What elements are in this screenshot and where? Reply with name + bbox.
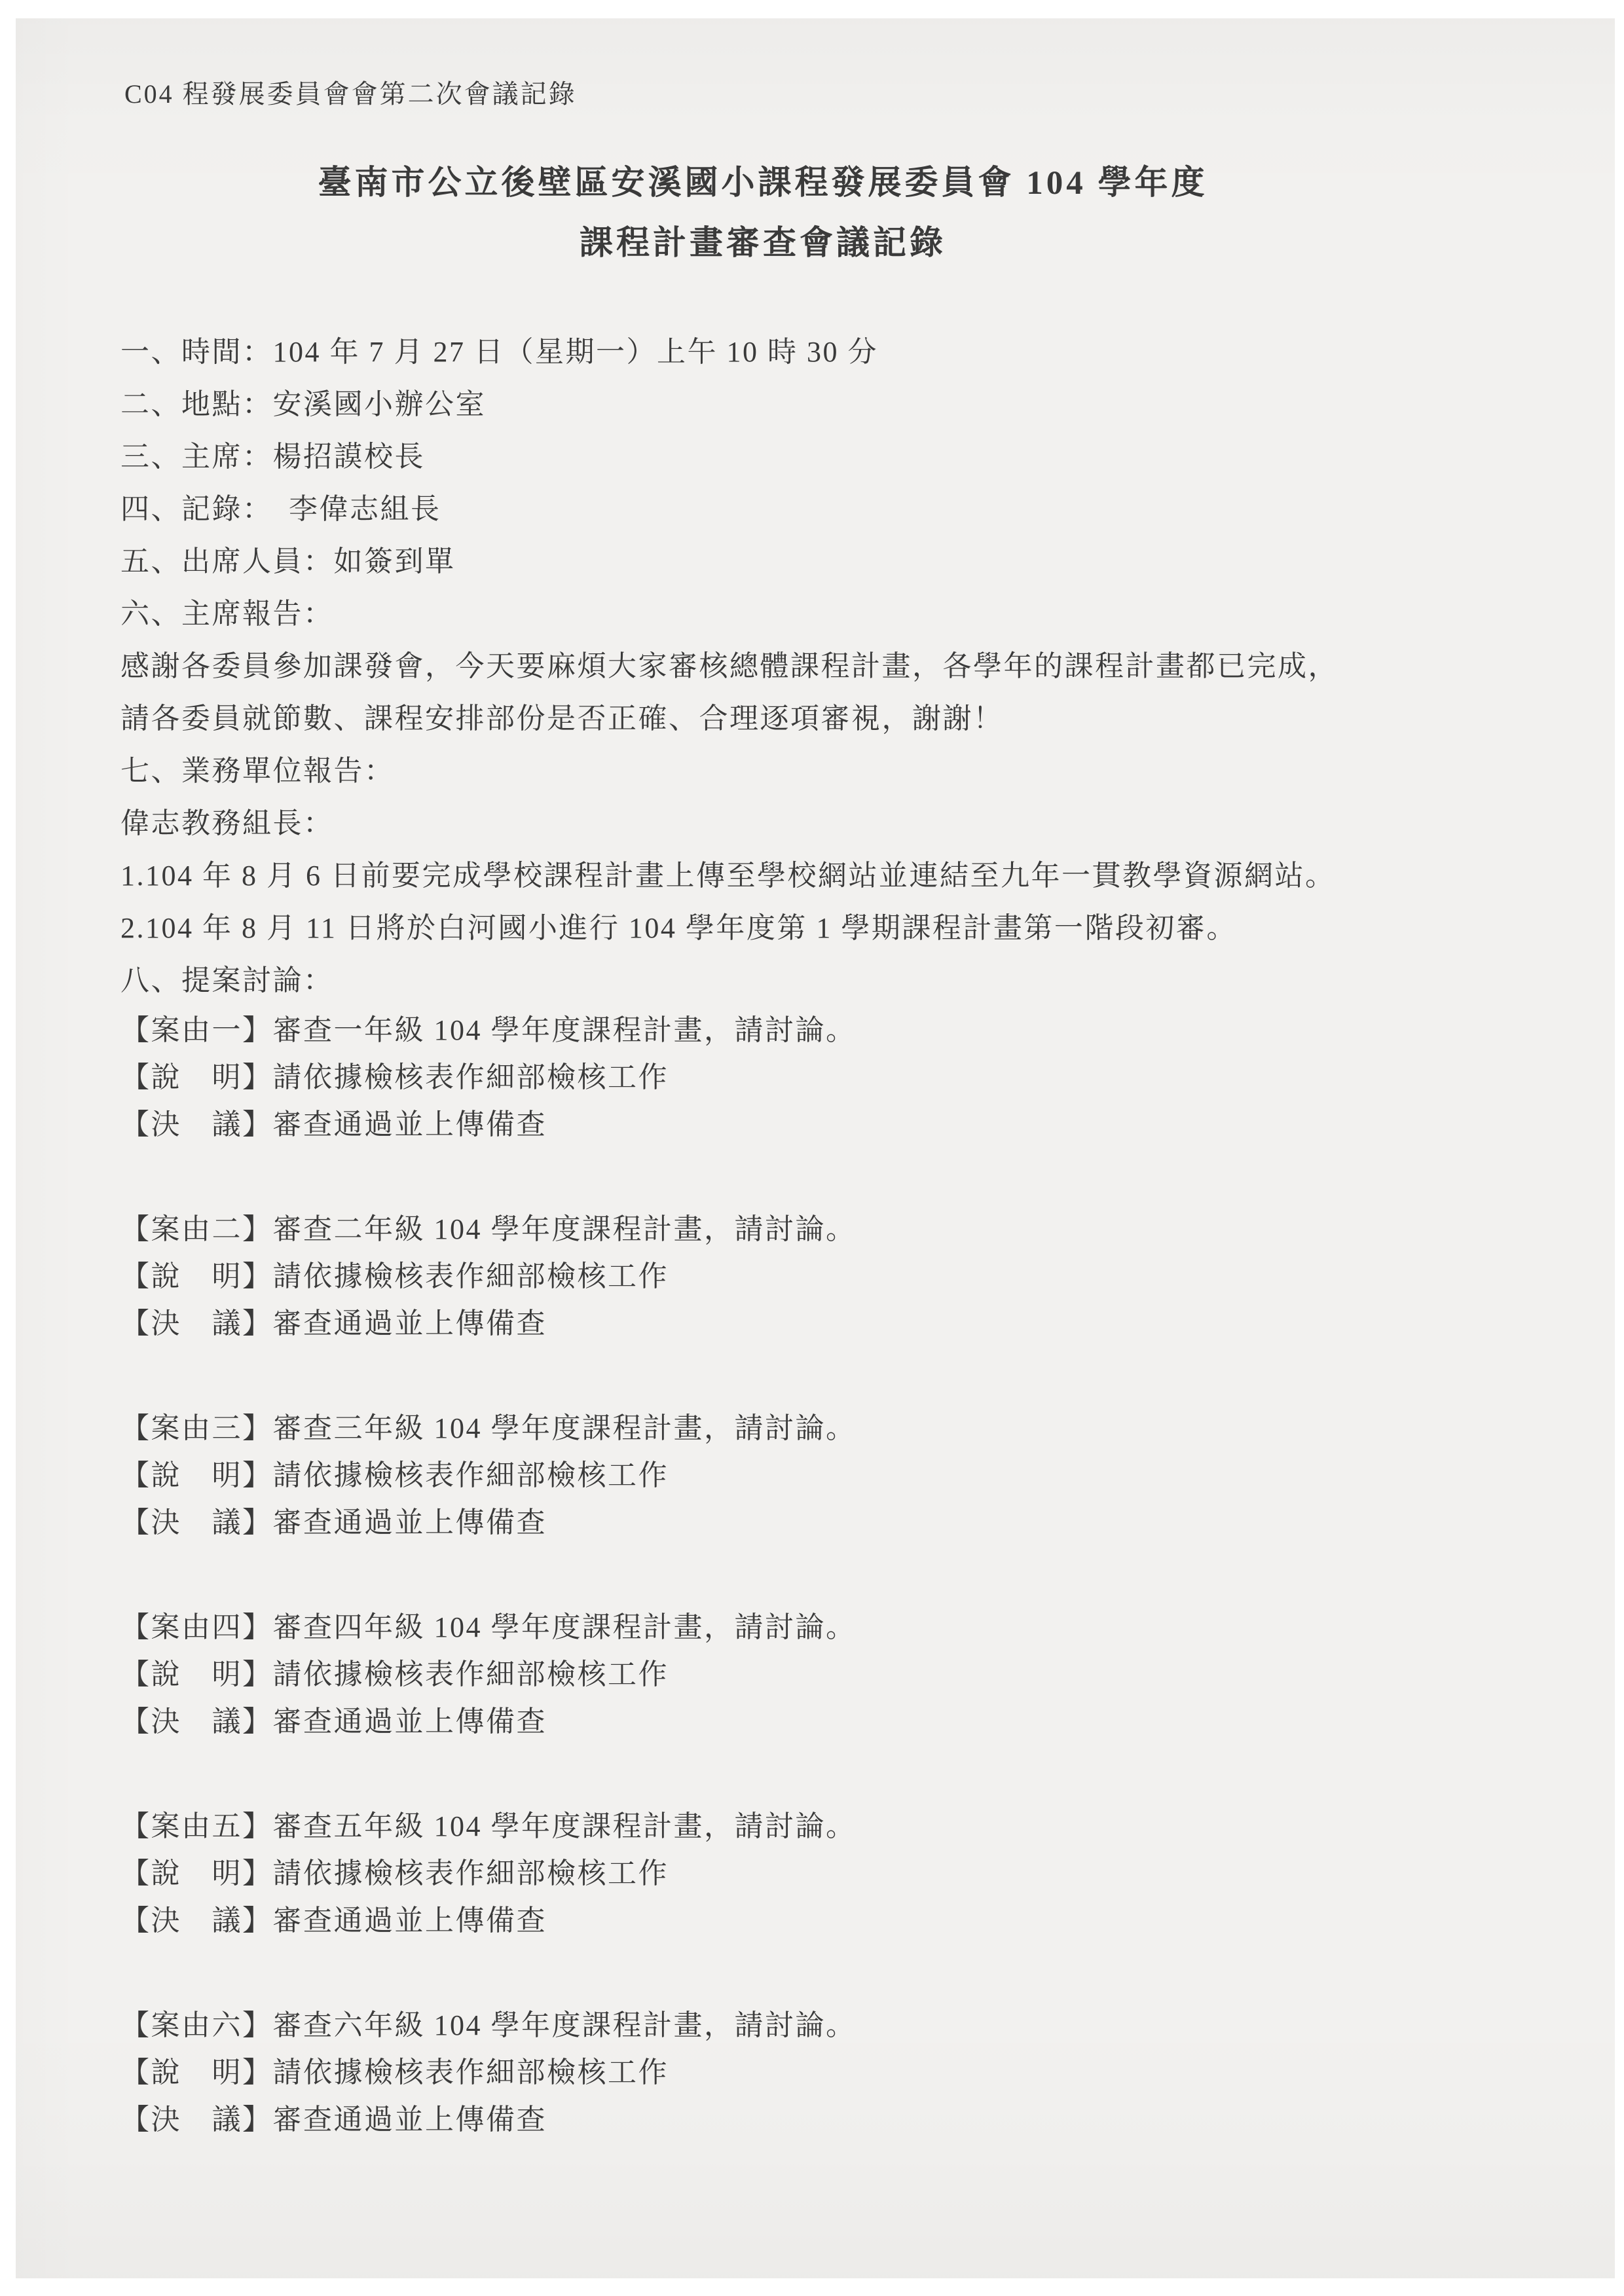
section-proposals-heading: 八、提案討論： — [120, 955, 1615, 1007]
case-proposal: 【案由四】審查四年級 104 學年度課程計畫，請討論。 — [120, 1604, 1615, 1651]
case-explanation: 【說 明】請依據檢核表作細部檢核工作 — [120, 1253, 1615, 1300]
document-title: 臺南市公立後壁區安溪國小課程發展委員會 104 學年度 課程計畫審查會議記錄 — [16, 153, 1615, 274]
meta-place: 二、地點：安溪國小辦公室 — [120, 378, 1615, 431]
case-proposal: 【案由六】審查六年級 104 學年度課程計畫，請討論。 — [120, 2002, 1615, 2049]
case-explanation: 【說 明】請依據檢核表作細部檢核工作 — [120, 1054, 1615, 1101]
unit-reporter: 偉志教務組長： — [120, 797, 1615, 850]
case-block-5: 【案由五】審查五年級 104 學年度課程計畫，請討論。 【說 明】請依據檢核表作… — [120, 1803, 1615, 1944]
section-unit-report-heading: 七、業務單位報告： — [120, 745, 1615, 797]
chair-report-line-2: 請各委員就節數、課程安排部份是否正確、合理逐項審視，謝謝！ — [120, 693, 1615, 745]
case-proposal: 【案由五】審查五年級 104 學年度課程計畫，請討論。 — [120, 1803, 1615, 1850]
case-resolution: 【決 議】審查通過並上傳備查 — [120, 1101, 1615, 1148]
meta-attendees: 五、出席人員：如簽到單 — [120, 536, 1615, 588]
case-resolution: 【決 議】審查通過並上傳備查 — [120, 1499, 1615, 1546]
case-explanation: 【說 明】請依據檢核表作細部檢核工作 — [120, 1850, 1615, 1897]
scanned-page: C04 程發展委員會會第二次會議記錄 臺南市公立後壁區安溪國小課程發展委員會 1… — [16, 18, 1615, 2278]
case-resolution: 【決 議】審查通過並上傳備查 — [120, 1897, 1615, 1944]
document-body: 一、時間：104 年 7 月 27 日（星期一）上午 10 時 30 分 二、地… — [120, 326, 1615, 2143]
section-chair-report-heading: 六、主席報告： — [120, 588, 1615, 640]
document-code: C04 程發展委員會會第二次會議記錄 — [124, 79, 1615, 110]
case-block-1: 【案由一】審查一年級 104 學年度課程計畫，請討論。 【說 明】請依據檢核表作… — [120, 1007, 1615, 1148]
case-block-4: 【案由四】審查四年級 104 學年度課程計畫，請討論。 【說 明】請依據檢核表作… — [120, 1604, 1615, 1745]
case-block-2: 【案由二】審查二年級 104 學年度課程計畫，請討論。 【說 明】請依據檢核表作… — [120, 1206, 1615, 1347]
case-explanation: 【說 明】請依據檢核表作細部檢核工作 — [120, 2049, 1615, 2096]
meta-time: 一、時間：104 年 7 月 27 日（星期一）上午 10 時 30 分 — [120, 326, 1615, 378]
chair-report-line-1: 感謝各委員參加課發會，今天要麻煩大家審核總體課程計畫，各學年的課程計畫都已完成， — [120, 640, 1615, 693]
meta-recorder: 四、記錄： 李偉志組長 — [120, 483, 1615, 536]
case-proposal: 【案由一】審查一年級 104 學年度課程計畫，請討論。 — [120, 1007, 1615, 1054]
unit-report-item-2: 2.104 年 8 月 11 日將於白河國小進行 104 學年度第 1 學期課程… — [120, 902, 1615, 955]
case-proposal: 【案由三】審查三年級 104 學年度課程計畫，請討論。 — [120, 1405, 1615, 1452]
unit-report-item-1: 1.104 年 8 月 6 日前要完成學校課程計畫上傳至學校網站並連結至九年一貫… — [120, 850, 1615, 902]
case-proposal: 【案由二】審查二年級 104 學年度課程計畫，請討論。 — [120, 1206, 1615, 1253]
case-resolution: 【決 議】審查通過並上傳備查 — [120, 2096, 1615, 2143]
title-line-1: 臺南市公立後壁區安溪國小課程發展委員會 104 學年度 — [16, 153, 1510, 213]
case-block-3: 【案由三】審查三年級 104 學年度課程計畫，請討論。 【說 明】請依據檢核表作… — [120, 1405, 1615, 1546]
meta-chair: 三、主席：楊招謨校長 — [120, 431, 1615, 483]
case-explanation: 【說 明】請依據檢核表作細部檢核工作 — [120, 1651, 1615, 1698]
case-block-6: 【案由六】審查六年級 104 學年度課程計畫，請討論。 【說 明】請依據檢核表作… — [120, 2002, 1615, 2143]
title-line-2: 課程計畫審查會議記錄 — [16, 213, 1510, 274]
case-resolution: 【決 議】審查通過並上傳備查 — [120, 1300, 1615, 1347]
case-resolution: 【決 議】審查通過並上傳備查 — [120, 1698, 1615, 1745]
case-explanation: 【說 明】請依據檢核表作細部檢核工作 — [120, 1452, 1615, 1499]
